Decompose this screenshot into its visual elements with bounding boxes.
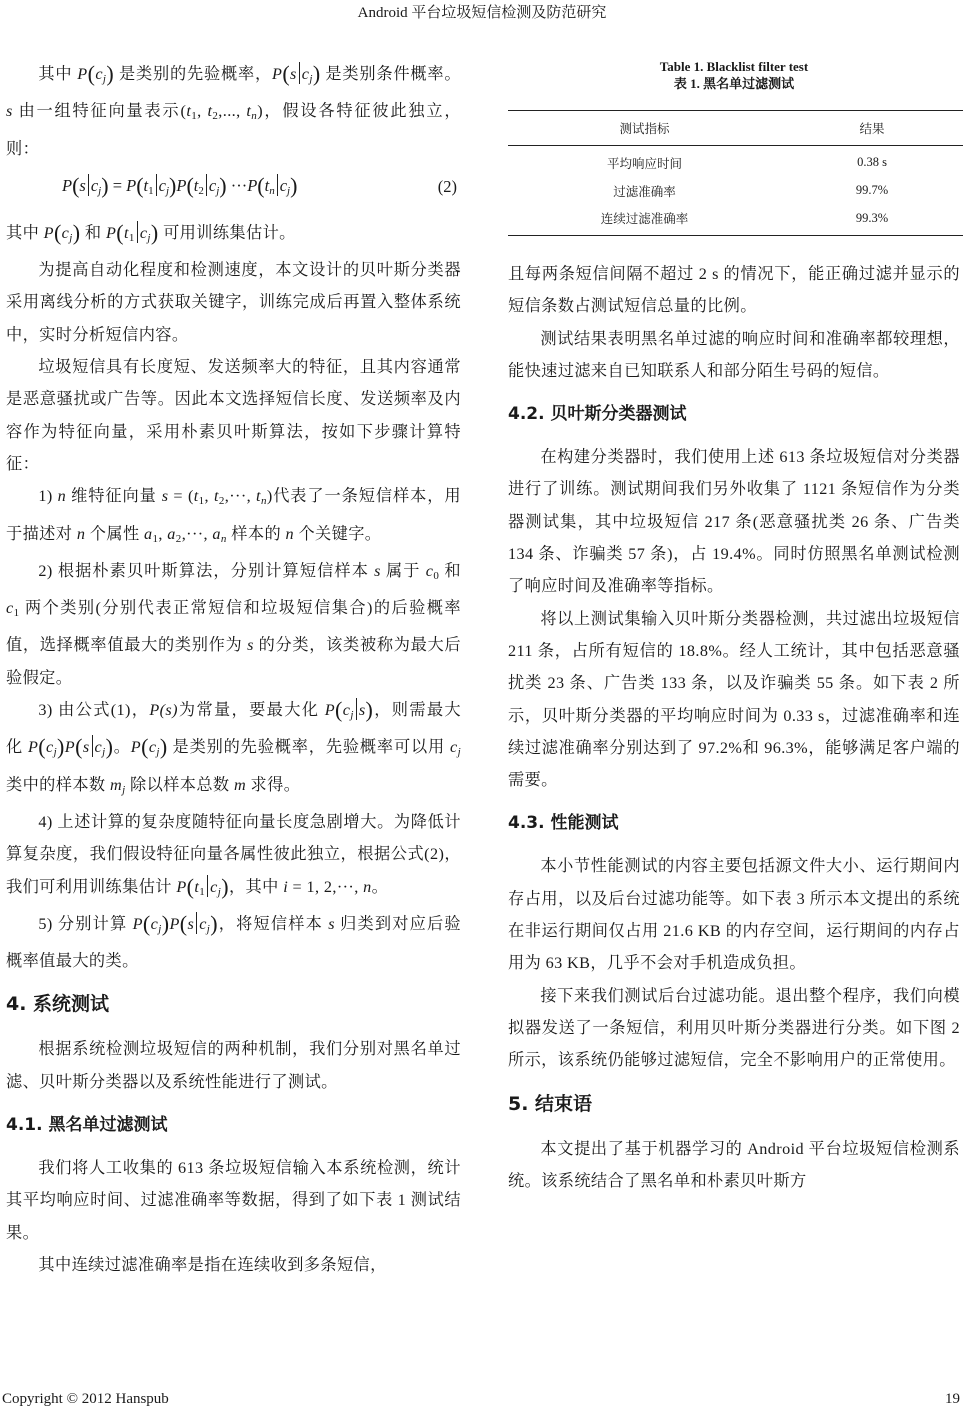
table-row: 平均响应时间 0.38 s — [508, 146, 963, 176]
paragraph-training-estimate: 其中 P(cj) 和 P(t1cj) 可用训练集估计。 — [6, 217, 461, 254]
section-4-2-paragraph-2: 将以上测试集输入贝叶斯分类器检测，共过滤出垃圾短信 211 条，占所有短信的 1… — [508, 603, 960, 797]
equation-2: P(scj) = P(t1cj)P(t2cj) ···P(tncj) (2) — [6, 165, 461, 217]
result-cell: 99.7% — [781, 176, 963, 206]
right-column: Table 1. Blacklist filter test 表 1. 黑名单过… — [508, 58, 960, 1197]
table-header-row: 测试指标 结果 — [508, 111, 963, 146]
step-5: 5) 分别计算 P(cj)P(scj)，将短信样本 s 归类到对应后验概率值最大… — [6, 908, 461, 978]
metric-cell: 平均响应时间 — [508, 146, 781, 176]
table-caption-zh: 表 1. 黑名单过滤测试 — [508, 75, 960, 92]
left-column: 其中 P(cj) 是类别的先验概率，P(scj) 是类别条件概率。s 由一组特征… — [6, 58, 461, 1281]
table-row: 连续过滤准确率 99.3% — [508, 206, 963, 236]
table-caption-en: Table 1. Blacklist filter test — [508, 58, 960, 75]
section-4-3-paragraph-2: 接下来我们测试后台过滤功能。退出整个程序，我们向模拟器发送了一条短信，利用贝叶斯… — [508, 980, 960, 1077]
paragraph-spam-features: 垃圾短信具有长度短、发送频率大的特征，且其内容通常是恶意骚扰或广告等。因此本文选… — [6, 351, 461, 480]
result-cell: 99.3% — [781, 206, 963, 236]
equation-number: (2) — [438, 177, 457, 197]
step-2: 2) 根据朴素贝叶斯算法，分别计算短信样本 s 属于 c0 和 c1 两个类别(… — [6, 555, 461, 694]
blacklist-test-table: 测试指标 结果 平均响应时间 0.38 s 过滤准确率 99.7% 连续过滤准确… — [508, 110, 963, 236]
page-number: 19 — [945, 1391, 960, 1408]
result-cell: 0.38 s — [781, 146, 963, 176]
section-5-paragraph: 本文提出了基于机器学习的 Android 平台垃圾短信检测系统。该系统结合了黑名… — [508, 1133, 960, 1198]
metric-cell: 过滤准确率 — [508, 176, 781, 206]
paragraph-blacklist-result: 测试结果表明黑名单过滤的响应时间和准确率都较理想，能快速过滤来自已知联系人和部分… — [508, 323, 960, 388]
section-4-3-heading: 4.3. 性能测试 — [508, 808, 960, 838]
table-1: Table 1. Blacklist filter test 表 1. 黑名单过… — [508, 58, 960, 236]
step-1: 1) n 维特征向量 s = (t1, t2,···, tn)代表了一条短信样本… — [6, 480, 461, 555]
step-4: 4) 上述计算的复杂度随特征向量长度急剧增大。为降低计算复杂度，我们假设特征向量… — [6, 806, 461, 908]
section-4-2-paragraph-1: 在构建分类器时，我们使用上述 613 条垃圾短信对分类器进行了训练。测试期间我们… — [508, 441, 960, 602]
formula-p-s-given-cj: P(scj) — [272, 65, 321, 83]
running-header: Android 平台垃圾短信检测及防范研究 — [0, 4, 964, 22]
section-4-2-heading: 4.2. 贝叶斯分类器测试 — [508, 399, 960, 429]
section-5-heading: 5. 结束语 — [508, 1089, 960, 1119]
formula-p-cj: P(cj) — [77, 65, 114, 83]
section-4-1-heading: 4.1. 黑名单过滤测试 — [6, 1110, 461, 1140]
copyright-notice: Copyright © 2012 Hanspub — [2, 1391, 169, 1408]
section-4-1-paragraph-1: 我们将人工收集的 613 条垃圾短信输入本系统检测，统计其平均响应时间、过滤准确… — [6, 1152, 461, 1249]
metric-cell: 连续过滤准确率 — [508, 206, 781, 236]
section-4-paragraph: 根据系统检测垃圾短信的两种机制，我们分别对黑名单过滤、贝叶斯分类器以及系统性能进… — [6, 1033, 461, 1098]
column-header-result: 结果 — [781, 111, 963, 146]
section-4-3-paragraph-1: 本小节性能测试的内容主要包括源文件大小、运行期间内存占用，以及后台过滤功能等。如… — [508, 850, 960, 979]
equation-body: P(scj) = P(t1cj)P(t2cj) ···P(tncj) — [62, 173, 297, 199]
column-header-metric: 测试指标 — [508, 111, 781, 146]
section-4-heading: 4. 系统测试 — [6, 989, 461, 1019]
step-3: 3) 由公式(1)，P(s)为常量，要最大化 P(cjs)，则需最大化 P(cj… — [6, 694, 461, 806]
paragraph-prior-probability: 其中 P(cj) 是类别的先验概率，P(scj) 是类别条件概率。s 由一组特征… — [6, 58, 461, 165]
section-4-1-paragraph-2: 其中连续过滤准确率是指在连续收到多条短信， — [6, 1249, 461, 1281]
paragraph-continuous-accuracy-def: 且每两条短信间隔不超过 2 s 的情况下，能正确过滤并显示的短信条数占测试短信总… — [508, 258, 960, 323]
table-row: 过滤准确率 99.7% — [508, 176, 963, 206]
paragraph-automation: 为提高自动化程度和检测速度，本文设计的贝叶斯分类器采用离线分析的方式获取关键字，… — [6, 254, 461, 351]
